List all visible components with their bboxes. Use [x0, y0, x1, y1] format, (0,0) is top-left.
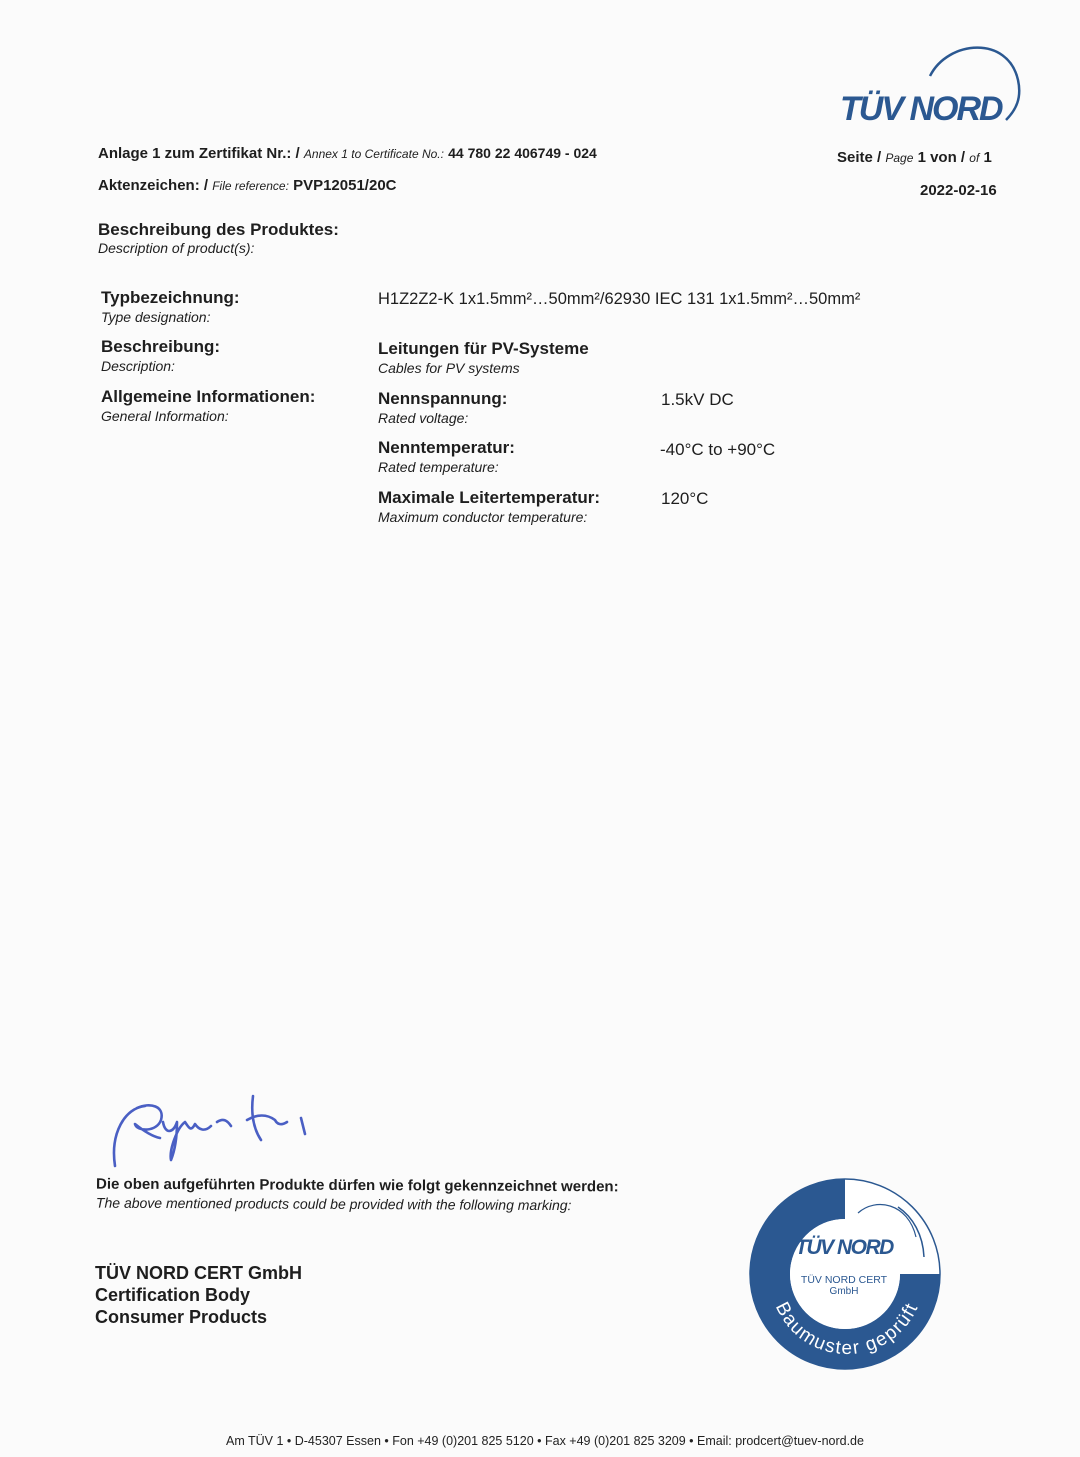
signature-icon — [105, 1088, 335, 1178]
description-value-de: Leitungen für PV-Systeme — [378, 339, 589, 359]
page-label-en: Page — [885, 151, 913, 165]
baumuster-seal: TÜV NORD TÜV NORD CERT GmbH Baumuster ge… — [748, 1177, 942, 1371]
type-designation-label: Typbezeichnung: Type designation: — [101, 288, 240, 325]
rated-temperature-label-de: Nenntemperatur: — [378, 438, 515, 458]
seal-icon: TÜV NORD TÜV NORD CERT GmbH Baumuster ge… — [748, 1177, 942, 1371]
type-designation-label-en: Type designation: — [101, 309, 240, 325]
fileref-label-de: Aktenzeichen: / — [98, 177, 208, 194]
rated-temperature-row: Nenntemperatur: Rated temperature: — [378, 438, 515, 475]
annex-line: Anlage 1 zum Zertifikat Nr.: / Annex 1 t… — [98, 145, 597, 162]
fileref-label-en: File reference: — [212, 179, 289, 193]
page-current: 1 — [918, 149, 926, 166]
general-info-label: Allgemeine Informationen: General Inform… — [101, 387, 315, 424]
file-reference-line: Aktenzeichen: / File reference: PVP12051… — [98, 177, 397, 194]
svg-text:GmbH: GmbH — [830, 1286, 859, 1297]
general-info-label-en: General Information: — [101, 408, 315, 424]
certificate-number: 44 780 22 406749 - 024 — [448, 145, 597, 161]
document-date: 2022-02-16 — [920, 182, 997, 199]
max-conductor-temperature-row: Maximale Leitertemperatur: Maximum condu… — [378, 488, 600, 525]
description-value: Leitungen für PV-Systeme Cables for PV s… — [378, 339, 589, 376]
product-section-heading: Beschreibung des Produktes: Description … — [98, 220, 339, 256]
rated-voltage-value: 1.5kV DC — [661, 390, 734, 410]
company-name: TÜV NORD CERT GmbH — [95, 1262, 302, 1284]
description-label: Beschreibung: Description: — [101, 337, 220, 374]
description-label-en: Description: — [101, 358, 220, 374]
annex-label-en: Annex 1 to Certificate No.: — [304, 147, 444, 161]
general-info-label-de: Allgemeine Informationen: — [101, 387, 315, 407]
footer-contact: Am TÜV 1 • D-45307 Essen • Fon +49 (0)20… — [226, 1434, 864, 1448]
svg-text:TÜV NORD CERT: TÜV NORD CERT — [801, 1274, 888, 1286]
rated-temperature-value: -40°C to +90°C — [660, 440, 775, 460]
marking-statement: Die oben aufgeführten Produkte dürfen wi… — [96, 1176, 619, 1214]
description-label-de: Beschreibung: — [101, 337, 220, 357]
rated-voltage-row: Nennspannung: Rated voltage: — [378, 389, 507, 426]
page-total: 1 — [983, 149, 991, 166]
description-value-en: Cables for PV systems — [378, 360, 589, 376]
rated-voltage-label-en: Rated voltage: — [378, 410, 507, 426]
max-conductor-temperature-label-de: Maximale Leitertemperatur: — [378, 488, 600, 508]
logo-text: TÜV NORD — [840, 90, 1002, 129]
tuv-nord-logo: TÜV NORD — [838, 40, 1028, 140]
page-of-en: of — [969, 151, 979, 165]
page-label-de: Seite / — [837, 149, 881, 166]
section-title-en: Description of product(s): — [98, 240, 339, 256]
rated-temperature-label-en: Rated temperature: — [378, 459, 515, 475]
company-block: TÜV NORD CERT GmbH Certification Body Co… — [95, 1262, 302, 1328]
svg-text:TÜV NORD: TÜV NORD — [795, 1236, 894, 1259]
max-conductor-temperature-label-en: Maximum conductor temperature: — [378, 509, 600, 525]
section-title-de: Beschreibung des Produktes: — [98, 220, 339, 240]
file-reference: PVP12051/20C — [293, 177, 396, 194]
type-designation-label-de: Typbezeichnung: — [101, 288, 240, 308]
company-division: Consumer Products — [95, 1306, 302, 1328]
marking-text-en: The above mentioned products could be pr… — [96, 1195, 619, 1214]
marking-text-de: Die oben aufgeführten Produkte dürfen wi… — [96, 1176, 619, 1196]
max-conductor-temperature-value: 120°C — [661, 489, 708, 509]
company-role: Certification Body — [95, 1284, 302, 1306]
type-designation-value: H1Z2Z2-K 1x1.5mm²…50mm²/62930 IEC 131 1x… — [378, 290, 860, 309]
rated-voltage-label-de: Nennspannung: — [378, 389, 507, 409]
annex-label-de: Anlage 1 zum Zertifikat Nr.: / — [98, 145, 300, 162]
page-of-de: von / — [930, 149, 965, 166]
page-indicator: Seite / Page 1 von / of 1 — [837, 149, 992, 166]
